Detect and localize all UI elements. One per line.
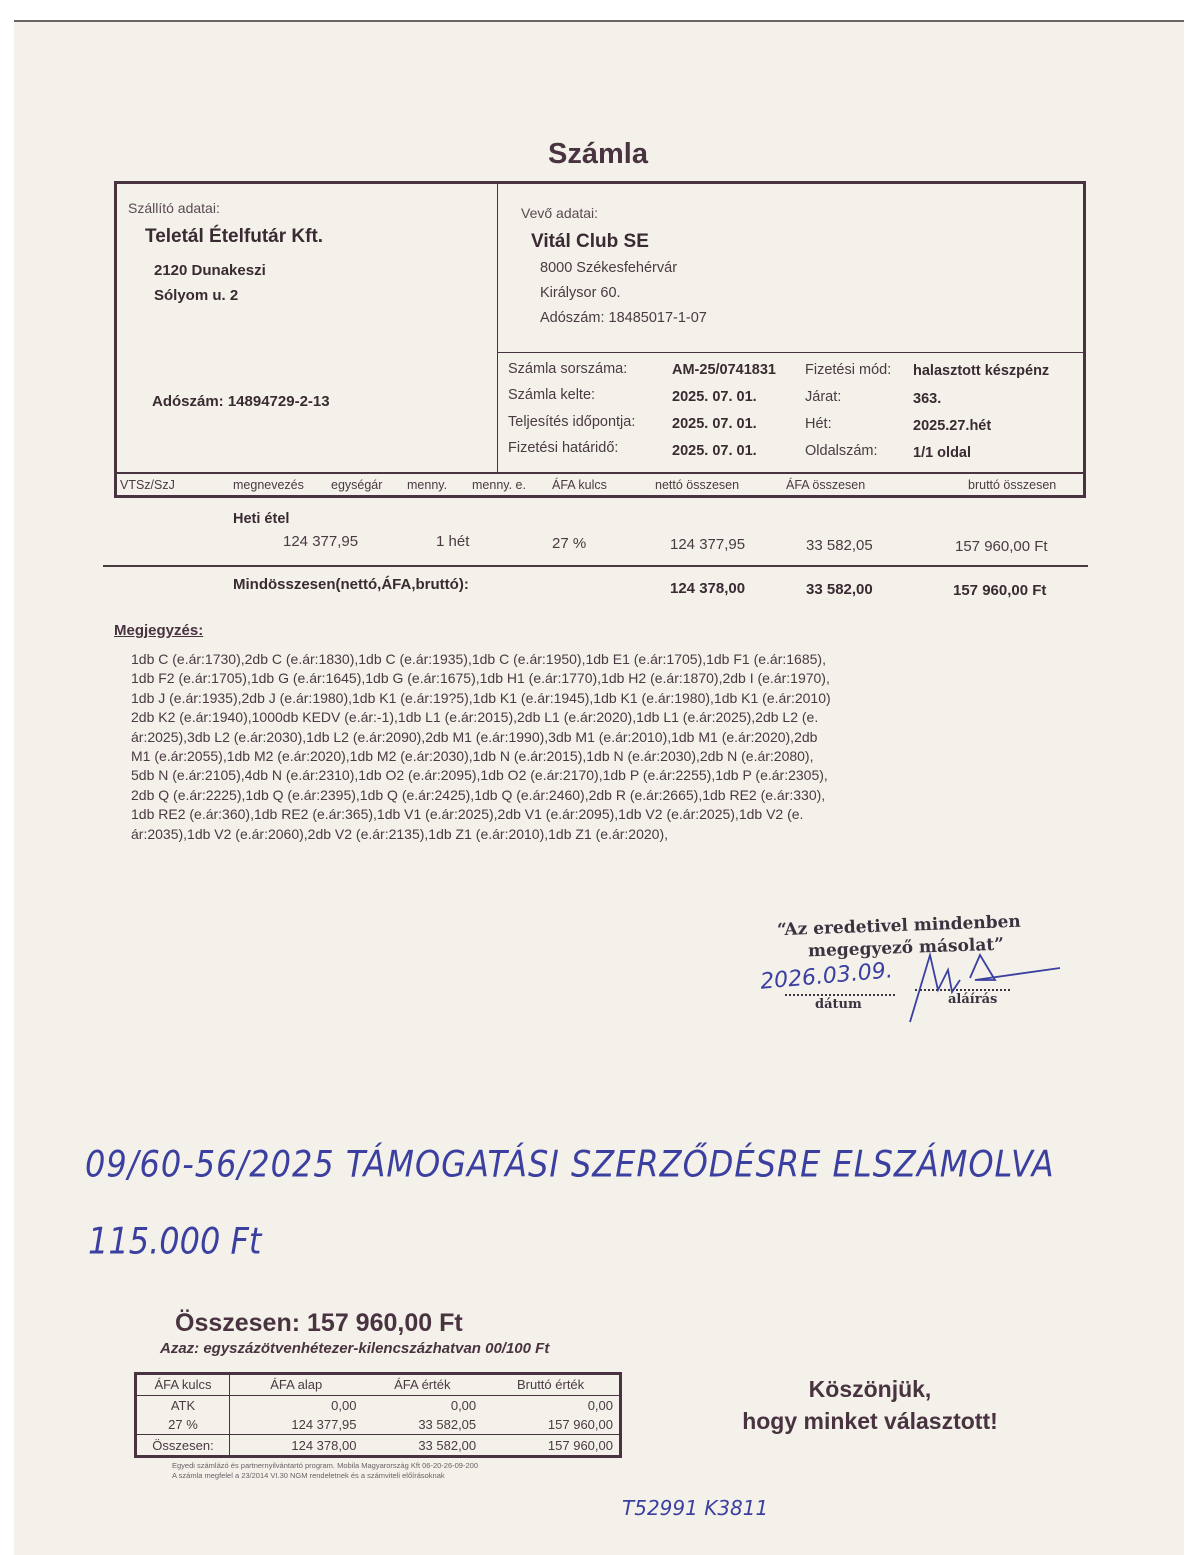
supplier-address-line2: Sólyom u. 2 [154,287,238,304]
col-header-unit-price: egységár [331,478,382,492]
vat-base: 0,00 [230,1395,363,1415]
payment-method: halasztott készpénz [913,363,1049,379]
col-header-vat-total: ÁFA összesen [786,478,865,492]
summary-in-words: Azaz: egyszázötvenhétezer-kilencszázhatv… [160,1340,549,1357]
vat-base: 124 377,95 [230,1415,363,1435]
grand-total-label: Mindösszesen(nettó,ÁFA,bruttó): [233,576,469,593]
notes-body: 1db C (e.ár:1730),2db C (e.ár:1830),1db … [131,650,1031,844]
supplier-address-line1: 2120 Dunakeszi [154,262,266,279]
vat-total-gross: 157 960,00 [482,1435,620,1457]
week-label: Hét: [805,416,832,432]
grand-vat: 33 582,00 [806,581,873,598]
route-label: Járat: [805,389,841,405]
notes-line: 2db K2 (e.ár:1940),1000db KEDV (e.ár:-1)… [131,708,1031,727]
invoice-number: AM-25/0741831 [672,362,776,378]
col-header-quantity: menny. [407,478,447,492]
col-header-quantity-unit: menny. e. [472,478,526,492]
vat-total-value: 33 582,00 [362,1435,482,1457]
notes-line: 1db C (e.ár:1730),2db C (e.ár:1830),1db … [131,650,1031,669]
handwritten-bottom-code: T52991 K3811 [622,1496,768,1520]
footer-line2: A számla megfelel a 23/2014 VI.30 NGM re… [172,1471,445,1480]
vat-header-value: ÁFA érték [362,1374,482,1396]
vat-summary-table: ÁFA kulcs ÁFA alap ÁFA érték Bruttó érté… [134,1372,622,1458]
item-gross-total: 157 960,00 Ft [955,538,1048,555]
header-divider-table [117,472,1085,474]
page-number: 1/1 oldal [913,445,971,461]
summary-total: Összesen: 157 960,00 Ft [175,1309,463,1338]
supplier-name: Teletál Ételfutár Kft. [145,226,323,248]
due-date-label: Fizetési határidő: [508,440,618,456]
vat-gross: 0,00 [482,1395,620,1415]
vat-rate: 27 % [136,1415,230,1435]
buyer-address-line2: Királysor 60. [540,285,621,301]
buyer-tax-id: Adószám: 18485017-1-07 [540,310,707,326]
document-title: Számla [548,138,648,171]
grand-gross: 157 960,00 Ft [953,582,1046,599]
thanks-line2: hogy minket választott! [700,1405,1040,1437]
thanks-line1: Köszönjük, [700,1373,1040,1405]
vat-total-label: Összesen: [136,1435,230,1457]
buyer-address-line1: 8000 Székesfehérvár [540,260,677,276]
notes-line: M1 (e.ár:2055),1db M2 (e.ár:2020),1db M2… [131,747,1031,766]
notes-line: ár:2025),3db L2 (e.ár:2030),1db L2 (e.ár… [131,728,1031,747]
invoice-number-label: Számla sorszáma: [508,361,627,377]
vat-total-base: 124 378,00 [230,1435,363,1457]
page-label: Oldalszám: [805,443,878,459]
handwritten-note-line1: 09/60-56/2025 TÁMOGATÁSI SZERZŐDÉSRE ELS… [85,1142,1055,1186]
due-date: 2025. 07. 01. [672,443,757,459]
item-name: Heti étel [233,511,289,527]
notes-line: 1db F2 (e.ár:1705),1db G (e.ár:1645),1db… [131,669,1031,688]
supplier-tax-id: Adószám: 14894729-2-13 [152,393,330,410]
handwritten-note-line2: 115.000 Ft [88,1219,261,1263]
week: 2025.27.hét [913,418,991,434]
item-unit-price: 124 377,95 [283,533,358,550]
issue-date-label: Számla kelte: [508,387,595,403]
col-header-net-total: nettó összesen [655,478,739,492]
vat-header-gross: Bruttó érték [482,1374,620,1396]
signature-scribble-icon [900,950,1070,1025]
item-vat-rate: 27 % [552,535,586,552]
buyer-label: Vevő adatai: [521,205,598,221]
vat-header-rate: ÁFA kulcs [136,1374,230,1396]
vat-value: 0,00 [362,1395,482,1415]
vat-rate: ATK [136,1395,230,1415]
notes-line: 1db RE2 (e.ár:360),1db RE2 (e.ár:365),1d… [131,805,1031,824]
notes-line: 5db N (e.ár:2105),4db N (e.ár:2310),1db … [131,766,1031,785]
vat-header-base: ÁFA alap [230,1374,363,1396]
issue-date: 2025. 07. 01. [672,389,757,405]
payment-method-label: Fizetési mód: [805,362,891,378]
vat-header-row: ÁFA kulcs ÁFA alap ÁFA érték Bruttó érté… [136,1374,621,1396]
route: 363. [913,391,941,407]
vat-value: 33 582,05 [362,1415,482,1435]
vat-total-row: Összesen: 124 378,00 33 582,00 157 960,0… [136,1435,621,1457]
item-net-total: 124 377,95 [670,536,745,553]
fulfillment-date-label: Teljesítés időpontja: [508,414,635,430]
col-header-vtsz: VTSz/SzJ [120,478,175,492]
col-header-name: megnevezés [233,478,304,492]
notes-title: Megjegyzés: [114,622,203,639]
date-dotted-line [785,994,895,996]
col-header-gross-total: bruttó összesen [968,478,1056,492]
table-row: 27 % 124 377,95 33 582,05 157 960,00 [136,1415,621,1435]
grand-net: 124 378,00 [670,580,745,597]
fulfillment-date: 2025. 07. 01. [672,416,757,432]
notes-line: ár:2035),1db V2 (e.ár:2060),2db V2 (e.ár… [131,825,1031,844]
totals-rule [103,565,1088,567]
notes-line: 1db J (e.ár:1935),2db J (e.ár:1980),1db … [131,689,1031,708]
buyer-name: Vitál Club SE [531,231,649,253]
item-quantity-unit: 1 hét [436,533,469,550]
item-vat-total: 33 582,05 [806,537,873,554]
footer-line1: Egyedi számlázó és partnernyilvántartó p… [172,1461,478,1470]
table-row: ATK 0,00 0,00 0,00 [136,1395,621,1415]
thank-you-message: Köszönjük, hogy minket választott! [700,1373,1040,1437]
header-divider-vertical [497,184,498,473]
stamp-date-label: dátum [815,997,862,1012]
vat-gross: 157 960,00 [482,1415,620,1435]
notes-line: 2db Q (e.ár:2225),1db Q (e.ár:2395),1db … [131,786,1031,805]
header-divider-meta [498,352,1085,353]
supplier-label: Szállító adatai: [128,200,220,216]
col-header-vat-rate: ÁFA kulcs [552,478,607,492]
